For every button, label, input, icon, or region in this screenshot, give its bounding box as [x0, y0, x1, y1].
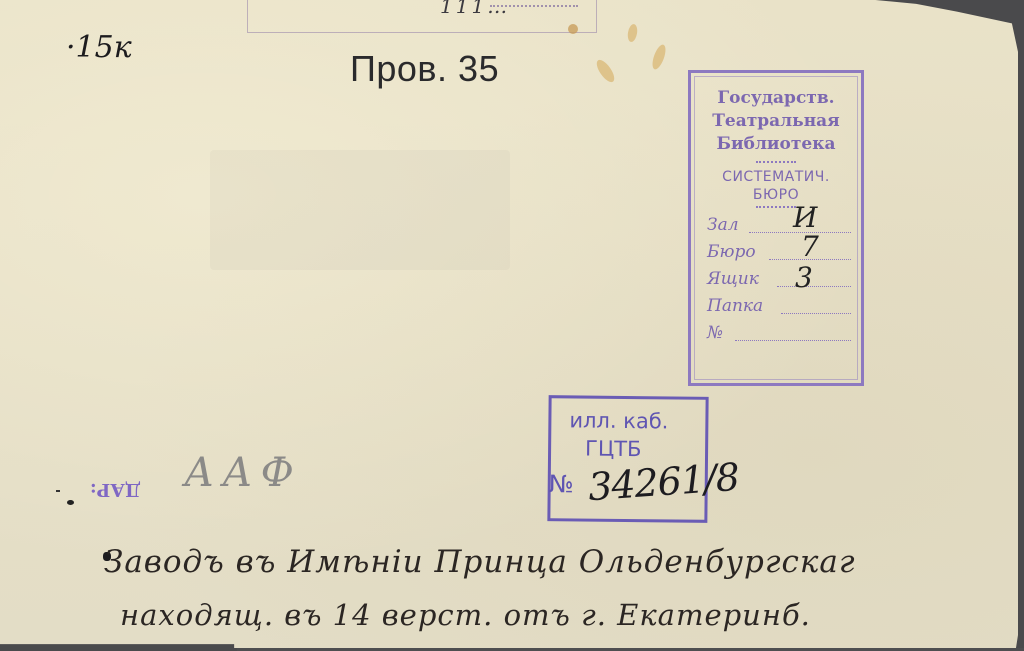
number-sign: № [549, 470, 574, 498]
faded-print-ghost [210, 150, 510, 270]
stamp-divider [756, 161, 796, 163]
field-label: Ящик [707, 269, 759, 289]
stamp-divider [756, 206, 796, 208]
field-label: Бюро [707, 242, 756, 262]
stamp-line: Библиотека [691, 133, 861, 156]
stamp-field-yashchik: Ящик 3 [691, 266, 861, 293]
stamp-line: Государств. [691, 87, 861, 110]
stamp-department: БЮРО [691, 186, 861, 204]
stamp-field-papka: Папка [691, 293, 861, 320]
field-line [735, 340, 851, 341]
donation-stamp: ДАР: [90, 479, 141, 500]
stamp-line: ГЦТБ [585, 437, 642, 462]
top-stamp-handwriting: 111… [440, 0, 510, 18]
printed-heading: Пров. 35 [350, 48, 499, 90]
field-line [777, 286, 851, 287]
field-value: 3 [795, 264, 813, 292]
field-label: № [707, 323, 723, 343]
field-line [781, 313, 851, 314]
field-value: 7 [801, 233, 819, 261]
stamp-field-zal: Зал И [691, 212, 861, 239]
stamp-field-number: № [691, 320, 861, 347]
caption-line-1: Заводъ въ Имѣніи Принца Ольденбургскаг [104, 544, 856, 580]
library-stamp: Государств. Театральная Библиотека СИСТЕ… [688, 70, 864, 386]
field-label: Папка [707, 296, 763, 316]
stamp-department: СИСТЕМАТИЧ. [691, 168, 861, 186]
field-value: И [793, 204, 817, 232]
field-label: Зал [707, 215, 739, 235]
stamp-field-buro: Бюро 7 [691, 239, 861, 266]
stamp-line: Театральная [691, 110, 861, 133]
pencil-initials: ААФ [184, 450, 302, 496]
corner-handwritten-mark: ·15к [66, 30, 132, 65]
caption-line-2: находящ. въ 14 верст. отъ г. Екатеринб. [120, 598, 811, 632]
ink-speck [56, 490, 60, 492]
rust-spot [568, 24, 578, 34]
ink-blot [67, 500, 74, 505]
stamp-line: илл. каб. [569, 408, 668, 433]
